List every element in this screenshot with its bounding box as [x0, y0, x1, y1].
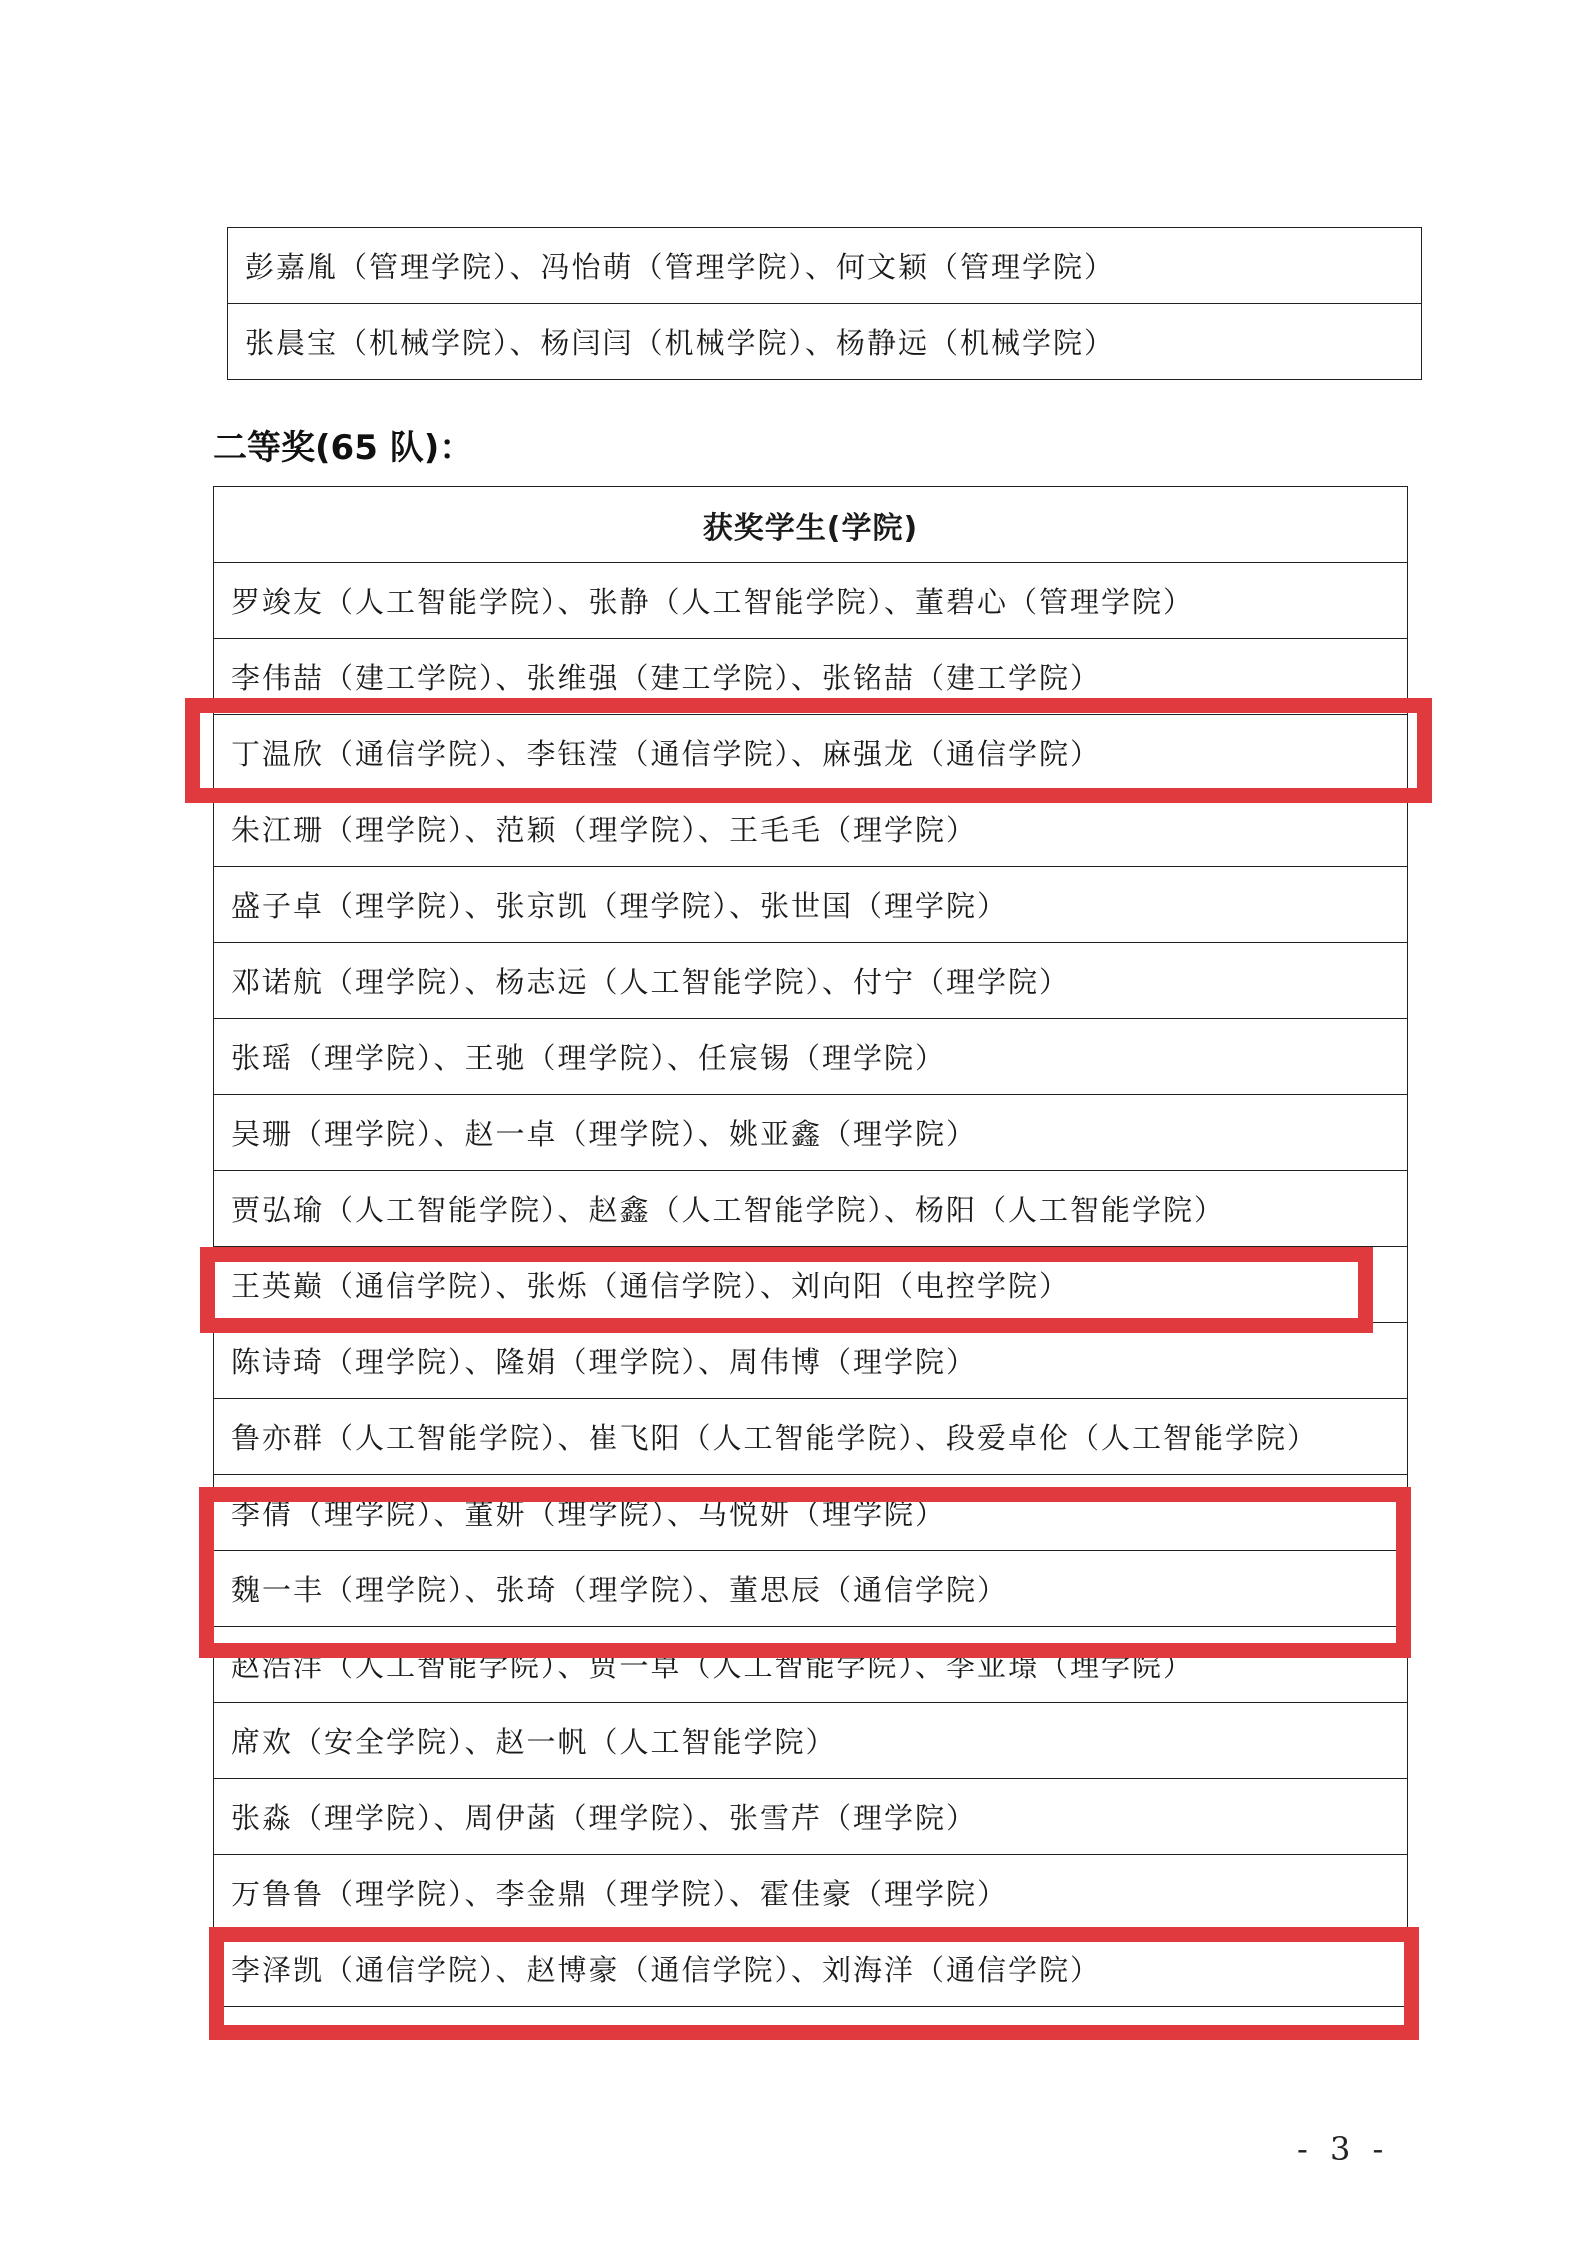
- second-prize-table: 获奖学生(学院) 罗竣友（人工智能学院）、张静（人工智能学院）、董碧心（管理学院…: [213, 486, 1408, 2007]
- table-row: 张淼（理学院）、周伊菡（理学院）、张雪芹（理学院）: [214, 1779, 1408, 1855]
- table-row: 张瑶（理学院）、王驰（理学院）、任宸锡（理学院）: [214, 1019, 1408, 1095]
- table-row: 陈诗琦（理学院）、隆娟（理学院）、周伟博（理学院）: [214, 1323, 1408, 1399]
- table-row: 贾弘瑜（人工智能学院）、赵鑫（人工智能学院）、杨阳（人工智能学院）: [214, 1171, 1408, 1247]
- page-number: - 3 -: [1297, 2130, 1389, 2168]
- table-row: 盛子卓（理学院）、张京凯（理学院）、张世国（理学院）: [214, 867, 1408, 943]
- table-row: 丁温欣（通信学院）、李钰滢（通信学院）、麻强龙（通信学院）: [214, 715, 1408, 791]
- table-cell: 李倩（理学院）、董妍（理学院）、马悦妍（理学院）: [214, 1475, 1408, 1551]
- table-row: 赵浩洋（人工智能学院）、贾一卓（人工智能学院）、李亚璟（理学院）: [214, 1627, 1408, 1703]
- table-row: 李伟喆（建工学院）、张维强（建工学院）、张铭喆（建工学院）: [214, 639, 1408, 715]
- table-cell: 万鲁鲁（理学院）、李金鼎（理学院）、霍佳豪（理学院）: [214, 1855, 1408, 1931]
- table-row: 吴珊（理学院）、赵一卓（理学院）、姚亚鑫（理学院）: [214, 1095, 1408, 1171]
- table-row: 朱江珊（理学院）、范颖（理学院）、王毛毛（理学院）: [214, 791, 1408, 867]
- table-row: 魏一丰（理学院）、张琦（理学院）、董思辰（通信学院）: [214, 1551, 1408, 1627]
- table-cell: 王英巅（通信学院）、张烁（通信学院）、刘向阳（电控学院）: [214, 1247, 1408, 1323]
- table-row: 张晨宝（机械学院）、杨闫闫（机械学院）、杨静远（机械学院）: [228, 304, 1422, 380]
- table-cell: 李泽凯（通信学院）、赵博豪（通信学院）、刘海洋（通信学院）: [214, 1931, 1408, 2007]
- table-header-cell: 获奖学生(学院): [214, 487, 1408, 563]
- table-cell: 彭嘉胤（管理学院）、冯怡萌（管理学院）、何文颖（管理学院）: [228, 228, 1422, 304]
- table-row: 彭嘉胤（管理学院）、冯怡萌（管理学院）、何文颖（管理学院）: [228, 228, 1422, 304]
- table-cell: 陈诗琦（理学院）、隆娟（理学院）、周伟博（理学院）: [214, 1323, 1408, 1399]
- table-cell: 鲁亦群（人工智能学院）、崔飞阳（人工智能学院）、段爱卓伦（人工智能学院）: [214, 1399, 1408, 1475]
- table-cell: 贾弘瑜（人工智能学院）、赵鑫（人工智能学院）、杨阳（人工智能学院）: [214, 1171, 1408, 1247]
- table-cell: 李伟喆（建工学院）、张维强（建工学院）、张铭喆（建工学院）: [214, 639, 1408, 715]
- section-heading-second-prize: 二等奖(65 队)：: [213, 420, 473, 469]
- table-cell: 张晨宝（机械学院）、杨闫闫（机械学院）、杨静远（机械学院）: [228, 304, 1422, 380]
- table-row: 王英巅（通信学院）、张烁（通信学院）、刘向阳（电控学院）: [214, 1247, 1408, 1323]
- table-row: 万鲁鲁（理学院）、李金鼎（理学院）、霍佳豪（理学院）: [214, 1855, 1408, 1931]
- table-row: 李泽凯（通信学院）、赵博豪（通信学院）、刘海洋（通信学院）: [214, 1931, 1408, 2007]
- table-row: 罗竣友（人工智能学院）、张静（人工智能学院）、董碧心（管理学院）: [214, 563, 1408, 639]
- table-row: 席欢（安全学院）、赵一帆（人工智能学院）: [214, 1703, 1408, 1779]
- table-cell: 张淼（理学院）、周伊菡（理学院）、张雪芹（理学院）: [214, 1779, 1408, 1855]
- table-row: 李倩（理学院）、董妍（理学院）、马悦妍（理学院）: [214, 1475, 1408, 1551]
- table-row: 邓诺航（理学院）、杨志远（人工智能学院）、付宁（理学院）: [214, 943, 1408, 1019]
- table-cell: 盛子卓（理学院）、张京凯（理学院）、张世国（理学院）: [214, 867, 1408, 943]
- first-prize-table-continued: 彭嘉胤（管理学院）、冯怡萌（管理学院）、何文颖（管理学院） 张晨宝（机械学院）、…: [227, 227, 1422, 380]
- table-cell: 席欢（安全学院）、赵一帆（人工智能学院）: [214, 1703, 1408, 1779]
- table-cell: 丁温欣（通信学院）、李钰滢（通信学院）、麻强龙（通信学院）: [214, 715, 1408, 791]
- table-cell: 吴珊（理学院）、赵一卓（理学院）、姚亚鑫（理学院）: [214, 1095, 1408, 1171]
- table-header-row: 获奖学生(学院): [214, 487, 1408, 563]
- table-cell: 魏一丰（理学院）、张琦（理学院）、董思辰（通信学院）: [214, 1551, 1408, 1627]
- table-cell: 赵浩洋（人工智能学院）、贾一卓（人工智能学院）、李亚璟（理学院）: [214, 1627, 1408, 1703]
- table-cell: 罗竣友（人工智能学院）、张静（人工智能学院）、董碧心（管理学院）: [214, 563, 1408, 639]
- table-row: 鲁亦群（人工智能学院）、崔飞阳（人工智能学院）、段爱卓伦（人工智能学院）: [214, 1399, 1408, 1475]
- table-cell: 朱江珊（理学院）、范颖（理学院）、王毛毛（理学院）: [214, 791, 1408, 867]
- table-cell: 张瑶（理学院）、王驰（理学院）、任宸锡（理学院）: [214, 1019, 1408, 1095]
- table-cell: 邓诺航（理学院）、杨志远（人工智能学院）、付宁（理学院）: [214, 943, 1408, 1019]
